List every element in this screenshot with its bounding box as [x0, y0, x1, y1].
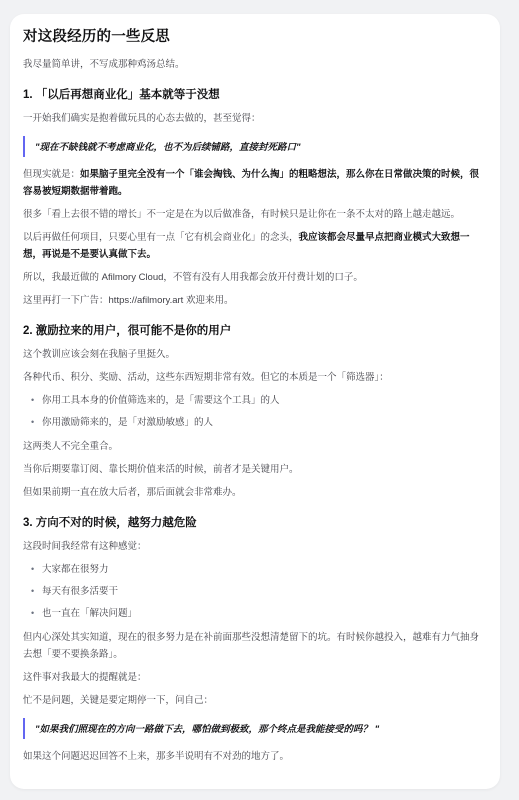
afilmory-link[interactable]: https://afilmory.art [109, 295, 184, 306]
section-1-paragraph-6: 这里再打一下广告：https://afilmory.art 欢迎来用。 [23, 292, 488, 309]
section-3-paragraph-5: 如果这个问题迟迟回答不上来，那多半说明有不对劲的地方了。 [23, 748, 488, 765]
section-3-quote-text: "如果我们照现在的方向一路做下去，哪怕做到极致，那个终点是我能接受的吗？ " [35, 724, 379, 735]
section-3-paragraph-2: 但内心深处其实知道，现在的很多努力是在补前面那些没想清楚留下的坑。有时候你越投入… [23, 629, 488, 663]
section-1-paragraph-1: 一开始我们确实是抱着做玩具的心态去做的，甚至觉得： [23, 110, 488, 127]
list-item: 每天有很多活要干 [42, 583, 488, 600]
section-1-quote-block: "现在不缺钱就不考虑商业化，也不为后续铺路，直接封死路口" [23, 136, 488, 157]
section-2-bullet-list: 你用工具本身的价值筛选来的，是「需要这个工具」的人 你用激励筛来的，是「对激励敏… [23, 392, 488, 431]
list-item: 也一直在「解决问题」 [42, 605, 488, 622]
section-2-heading: 2. 激励拉来的用户，很可能不是你的用户 [23, 323, 488, 339]
section-2-paragraph-2: 各种代币、积分、奖励、活动，这些东西短期非常有效。但它的本质是一个「筛选器」： [23, 369, 488, 386]
article-title: 对这段经历的一些反思 [23, 27, 488, 47]
section-1-paragraph-4-prefix: 以后再做任何项目，只要心里有一点「它有机会商业化」的念头， [23, 232, 299, 243]
section-1-paragraph-2: 但现实就是：如果脑子里完全没有一个「谁会掏钱、为什么掏」的粗略想法，那么你在日常… [23, 166, 488, 200]
section-1-paragraph-6-suffix: 欢迎来用。 [183, 295, 233, 306]
section-2-paragraph-1: 这个教训应该会刻在我脑子里挺久。 [23, 346, 488, 363]
section-1-paragraph-3: 很多「看上去很不错的增长」不一定是在为以后做准备，有时候只是让你在一条不太对的路… [23, 206, 488, 223]
section-2-paragraph-5: 但如果前期一直在放大后者，那后面就会非常难办。 [23, 484, 488, 501]
list-item: 你用激励筛来的，是「对激励敏感」的人 [42, 414, 488, 431]
section-3-bullet-list: 大家都在很努力 每天有很多活要干 也一直在「解决问题」 [23, 561, 488, 622]
section-1-heading: 1. 「以后再想商业化」基本就等于没想 [23, 87, 488, 103]
article-card: 对这段经历的一些反思 我尽量简单讲，不写成那种鸡汤总结。 1. 「以后再想商业化… [10, 14, 500, 789]
section-3-paragraph-4: 忙不是问题，关键是要定期停一下，问自己： [23, 692, 488, 709]
list-item: 大家都在很努力 [42, 561, 488, 578]
section-1-paragraph-2-prefix: 但现实就是： [23, 169, 80, 180]
section-2-paragraph-4: 当你后期要靠订阅、靠长期价值来活的时候，前者才是关键用户。 [23, 461, 488, 478]
section-1-quote-text: "现在不缺钱就不考虑商业化，也不为后续铺路，直接封死路口" [35, 142, 301, 153]
section-1-paragraph-6-prefix: 这里再打一下广告： [23, 295, 109, 306]
section-3-paragraph-3: 这件事对我最大的提醒就是： [23, 669, 488, 686]
list-item: 你用工具本身的价值筛选来的，是「需要这个工具」的人 [42, 392, 488, 409]
section-3-quote-block: "如果我们照现在的方向一路做下去，哪怕做到极致，那个终点是我能接受的吗？ " [23, 718, 488, 739]
section-2-paragraph-3: 这两类人不完全重合。 [23, 438, 488, 455]
section-3-paragraph-1: 这段时间我经常有这种感觉： [23, 538, 488, 555]
intro-paragraph: 我尽量简单讲，不写成那种鸡汤总结。 [23, 56, 488, 73]
section-1-paragraph-2-bold: 如果脑子里完全没有一个「谁会掏钱、为什么掏」的粗略想法，那么你在日常做决策的时候… [23, 169, 479, 197]
section-1-paragraph-5: 所以，我最近做的 Afilmory Cloud，不管有没有人用我都会放开付费计划… [23, 269, 488, 286]
section-3-heading: 3. 方向不对的时候，越努力越危险 [23, 515, 488, 531]
section-1-paragraph-4: 以后再做任何项目，只要心里有一点「它有机会商业化」的念头，我应该都会尽量早点把商… [23, 229, 488, 263]
